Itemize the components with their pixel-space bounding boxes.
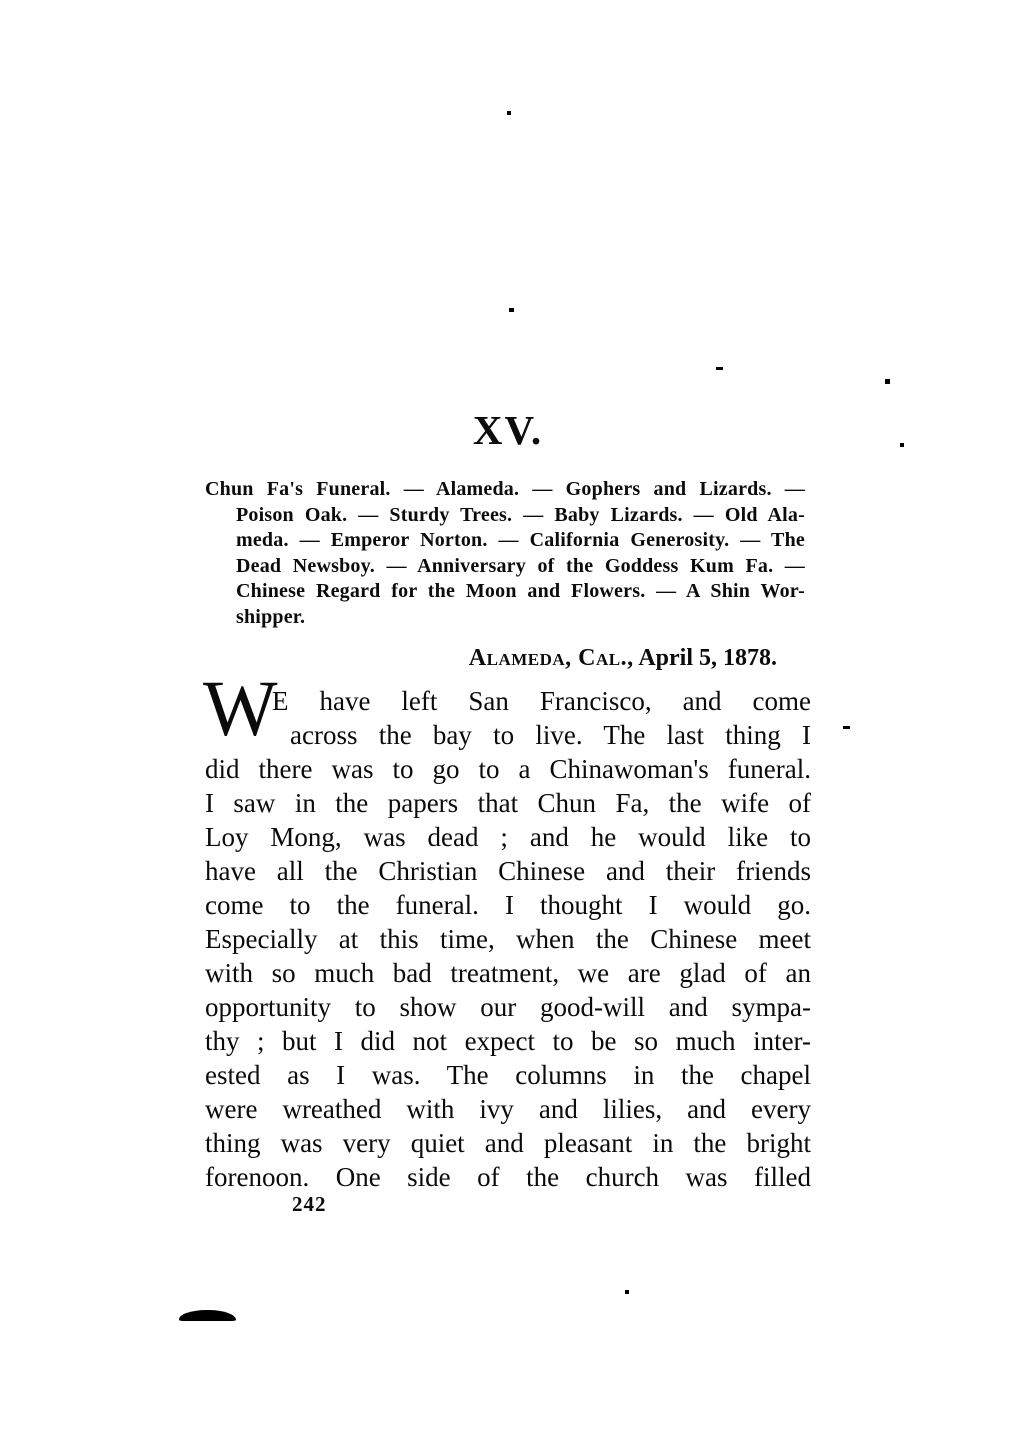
body-line: E have left San Francisco, and come bbox=[205, 684, 811, 718]
summary-line: Dead Newsboy. — Anniversary of the Godde… bbox=[205, 554, 805, 580]
ink-speck bbox=[625, 1290, 629, 1294]
body-line: Especially at this time, when the Chines… bbox=[205, 922, 811, 956]
body-line: across the bay to live. The last thing I bbox=[205, 718, 811, 752]
chapter-summary: Chun Fa's Funeral. — Alameda. — Gophers … bbox=[205, 477, 805, 631]
dateline: Alameda, Cal., April 5, 1878. bbox=[205, 645, 777, 671]
body-line: opportunity to show our good-will and sy… bbox=[205, 990, 811, 1024]
body-line: did there was to go to a Chinawoman's fu… bbox=[205, 752, 811, 786]
body-line: have all the Christian Chinese and their… bbox=[205, 854, 811, 888]
ink-speck bbox=[509, 308, 514, 312]
book-page: XV. Chun Fa's Funeral. — Alameda. — Goph… bbox=[0, 0, 1010, 1447]
summary-line: Poison Oak. — Sturdy Trees. — Baby Lizar… bbox=[205, 503, 805, 529]
body-line: forenoon. One side of the church was fil… bbox=[205, 1160, 811, 1194]
drop-cap-initial: W bbox=[203, 684, 278, 740]
body-line: come to the funeral. I thought I would g… bbox=[205, 888, 811, 922]
ink-smudge bbox=[179, 1310, 236, 1321]
ink-speck bbox=[507, 111, 511, 115]
body-paragraph: W E have left San Francisco, and come ac… bbox=[205, 684, 811, 1194]
body-line: were wreathed with ivy and lilies, and e… bbox=[205, 1092, 811, 1126]
summary-line: Chun Fa's Funeral. — Alameda. — Gophers … bbox=[205, 477, 805, 503]
ink-speck bbox=[843, 726, 850, 729]
summary-line: Chinese Regard for the Moon and Flowers.… bbox=[205, 579, 805, 605]
body-line: ested as I was. The columns in the chape… bbox=[205, 1058, 811, 1092]
ink-speck bbox=[716, 367, 723, 370]
dateline-date: April 5, 1878. bbox=[638, 645, 777, 671]
body-line: thing was very quiet and pleasant in the… bbox=[205, 1126, 811, 1160]
ink-speck bbox=[885, 379, 890, 384]
summary-line: shipper. bbox=[205, 605, 805, 631]
body-line: thy ; but I did not expect to be so much… bbox=[205, 1024, 811, 1058]
page-number: 242 bbox=[292, 1194, 327, 1215]
chapter-number-heading: XV. bbox=[205, 410, 811, 451]
body-line: I saw in the papers that Chun Fa, the wi… bbox=[205, 786, 811, 820]
body-line: with so much bad treatment, we are glad … bbox=[205, 956, 811, 990]
dateline-place: Alameda, Cal., bbox=[469, 645, 634, 671]
summary-line: meda. — Emperor Norton. — California Gen… bbox=[205, 528, 805, 554]
ink-speck bbox=[900, 443, 904, 447]
body-line: Loy Mong, was dead ; and he would like t… bbox=[205, 820, 811, 854]
